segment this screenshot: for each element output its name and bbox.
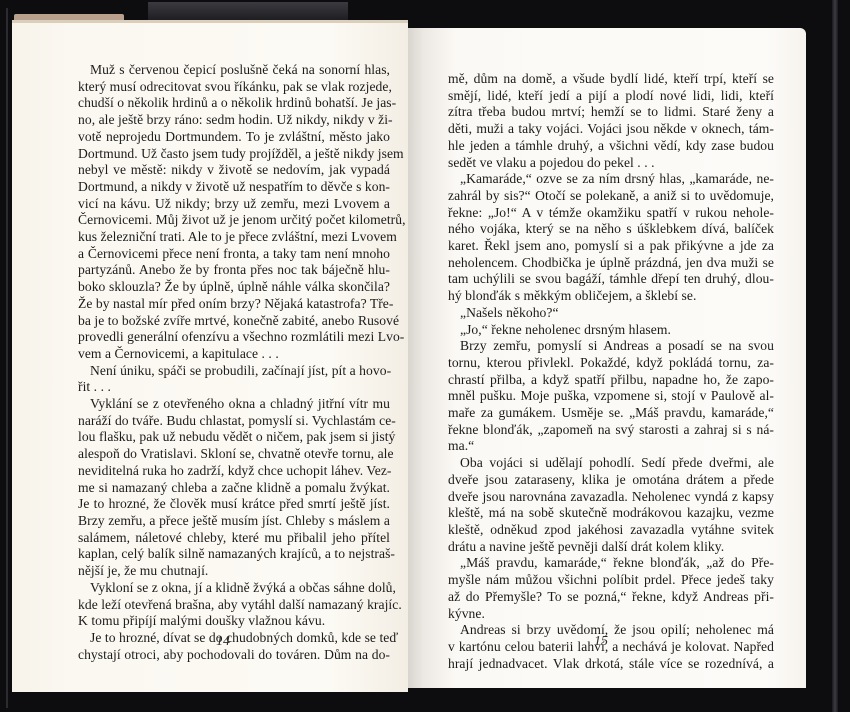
text-line: hý blonďák s měkkým obličejem, a šklebí … bbox=[448, 288, 774, 305]
text-line: Dortmund, a nikdy v životě už nespatřím … bbox=[78, 179, 390, 196]
text-line: kleště, má na sobě skutečně modrákovou k… bbox=[448, 505, 774, 522]
book-cover-left-edge bbox=[6, 8, 8, 708]
text-line: myšle nám můžou všichni políbit prdel. P… bbox=[448, 572, 774, 589]
text-line: Vykloní se z okna, jí a klidně žvýká a o… bbox=[78, 580, 390, 597]
text-line: chrastí přilba, a když spatří přilbu, na… bbox=[448, 372, 774, 389]
left-page: Muž s červenou čepicí poslušně čeká na s… bbox=[12, 20, 408, 692]
right-page-text: mě, dům na domě, a všude bydlí lidé, kte… bbox=[448, 71, 774, 672]
text-line: řekne blonďák, „zapomeň na svý starosti … bbox=[448, 422, 774, 439]
text-line: kus železniční trati. Ale to je přece zv… bbox=[78, 229, 390, 246]
text-line: ného vojáka, který se na něho s úšklebke… bbox=[448, 221, 774, 238]
text-line: lou flašku, pak už nebudu vědět o ničem,… bbox=[78, 429, 390, 446]
text-line: zahrál by sis?“ Otočí se polekaně, a ani… bbox=[448, 188, 774, 205]
text-line: tam uchýlili se svou bagáží, támhle dřep… bbox=[448, 271, 774, 288]
text-line: Je to hrozné, dívat se do chudobných dom… bbox=[78, 630, 390, 647]
text-line: Není úniku, spáči se probudili, začínají… bbox=[78, 363, 390, 380]
text-line: kleště, odněkud zpod jakéhosi zavazadla … bbox=[448, 522, 774, 539]
text-line: partyzánů. Anebo že by fronta přes noc t… bbox=[78, 262, 390, 279]
text-line: Brzy zemřu, a přece ještě musím jíst. Ch… bbox=[78, 513, 390, 530]
text-line: vicí na kávu. Už nikdy; brzy už zemřu, m… bbox=[78, 196, 390, 213]
text-line: me si namazaný chleba a začne klidně a p… bbox=[78, 480, 390, 497]
text-line: tornu, kterou přivlekl. Pokaždé, když po… bbox=[448, 355, 774, 372]
text-line: kývne. bbox=[448, 606, 774, 623]
text-line: „Máš pravdu, kamaráde,“ řekne blonďák, „… bbox=[448, 555, 774, 572]
text-line: Brzy zemřu, pomyslí si Andreas a posadí … bbox=[448, 338, 774, 355]
text-line: neholencem. Chodbička je úplně prázdná, … bbox=[448, 255, 774, 272]
text-line: řit . . . bbox=[78, 379, 390, 396]
text-line: děti, muži a taky vojáci. Vojáci jsou ně… bbox=[448, 121, 774, 138]
text-line: mněl pušku. Moje puška, vzpomene si, sto… bbox=[448, 388, 774, 405]
text-line: provedli generální ofenzívu a všechno ro… bbox=[78, 329, 390, 346]
text-line: neviditelná ruka ho zadrží, když chce uc… bbox=[78, 463, 390, 480]
text-line: ba je to božské zvíře mrtvé, konečně zab… bbox=[78, 313, 390, 330]
left-page-number: 14 bbox=[216, 634, 230, 650]
book-cover-right-edge bbox=[832, 0, 838, 712]
text-line: smějí, lidé, kteří jedí a pijí a plodí n… bbox=[448, 88, 774, 105]
text-line: chystají otroci, aby pochodovali do tová… bbox=[78, 647, 390, 664]
text-line: Andreas si brzy uvědomí, že jsou opilí; … bbox=[448, 622, 774, 639]
text-line: který musí odrecitovat svou říkánku, pak… bbox=[78, 79, 390, 96]
text-line: „Našels někoho?“ bbox=[448, 305, 774, 322]
text-line: Vyklání se z otevřeného okna a chladný j… bbox=[78, 396, 390, 413]
text-line: a Černovicemi přece není fronta, a taky … bbox=[78, 246, 390, 263]
text-line: vem a Černovicemi, a kapitulace . . . bbox=[78, 346, 390, 363]
text-line: Oba vojáci si udělají pohodlí. Sedí před… bbox=[448, 455, 774, 472]
text-line: boko sklouzla? Že by úplně, úplně náhle … bbox=[78, 279, 390, 296]
text-line: „Jo,“ řekne neholenec drsným hlasem. bbox=[448, 322, 774, 339]
book-cover-top bbox=[148, 2, 348, 22]
text-line: mě, dům na domě, a všude bydlí lidé, kte… bbox=[448, 71, 774, 88]
text-line: kde leží otevřená brašna, aby vytáhl dal… bbox=[78, 597, 390, 614]
text-line: kaplan, celý balík silně namazaných kraj… bbox=[78, 546, 390, 563]
text-line: karet. Řekl jsem ano, pomyslí si a pak p… bbox=[448, 238, 774, 255]
text-line: Dortmund. Už často jsem tudy projížděl, … bbox=[78, 146, 390, 163]
text-line: nější je, že mu chutnají. bbox=[78, 563, 390, 580]
text-line: Je to hrozné, že člověk musí krátce před… bbox=[78, 496, 390, 513]
text-line: Černovicemi. Můj život už je jenom určit… bbox=[78, 212, 390, 229]
text-line: sedět ve vlaku a pojedou do pekel . . . bbox=[448, 155, 774, 172]
text-line: votě neprojedu Dortmundem. To je zvláštn… bbox=[78, 129, 390, 146]
text-line: maře za gumákem. Usměje se. „Máš pravdu,… bbox=[448, 405, 774, 422]
text-line: až do Přemyšle? To se pozná,“ řekne, kdy… bbox=[448, 589, 774, 606]
text-line: dveře jsou zataraseny, klika je omotána … bbox=[448, 472, 774, 489]
text-line: Že by nastal mír před oním brzy? Nějaká … bbox=[78, 296, 390, 313]
text-line: alespoň do Vratislavi. Skloní se, chvatn… bbox=[78, 446, 390, 463]
text-line: Muž s červenou čepicí poslušně čeká na s… bbox=[78, 62, 390, 79]
text-line: v kartónu celou baterii lahví, a nechává… bbox=[448, 639, 774, 656]
right-page: mě, dům na domě, a všude bydlí lidé, kte… bbox=[408, 28, 806, 688]
text-line: drátu a navine ještě pevněji další drát … bbox=[448, 539, 774, 556]
text-line: hrají jednadvacet. Vlak drkotá, stále ví… bbox=[448, 656, 774, 673]
text-line: no, ale ještě brzy ráno: sedm hodin. Už … bbox=[78, 112, 390, 129]
text-line: nebyl ve městě: nikdy v životě se nedoví… bbox=[78, 162, 390, 179]
right-page-number: 15 bbox=[594, 634, 608, 650]
text-line: „Kamaráde,“ ozve se za ním drsný hlas, „… bbox=[448, 171, 774, 188]
text-line: zítra třeba budou mrtví; hemží se to lid… bbox=[448, 104, 774, 121]
text-line: K tomu připíjí malými doušky vlažnou káv… bbox=[78, 613, 390, 630]
text-line: naráží do tváře. Budu chlastat, pomyslí … bbox=[78, 413, 390, 430]
text-line: chudší o několik hrdinů a o několik hrdi… bbox=[78, 95, 390, 112]
text-line: hle jeden a támhle druhý, a všichni vědí… bbox=[448, 138, 774, 155]
text-line: ma.“ bbox=[448, 438, 774, 455]
left-page-text: Muž s červenou čepicí poslušně čeká na s… bbox=[78, 62, 390, 663]
text-line: řekne: „Jo!“ A v témže okamžiku spatří v… bbox=[448, 205, 774, 222]
text-line: dveře jsou narovnána zavazadla. Neholene… bbox=[448, 489, 774, 506]
text-line: salámem, náletové chleby, které mu přiba… bbox=[78, 530, 390, 547]
